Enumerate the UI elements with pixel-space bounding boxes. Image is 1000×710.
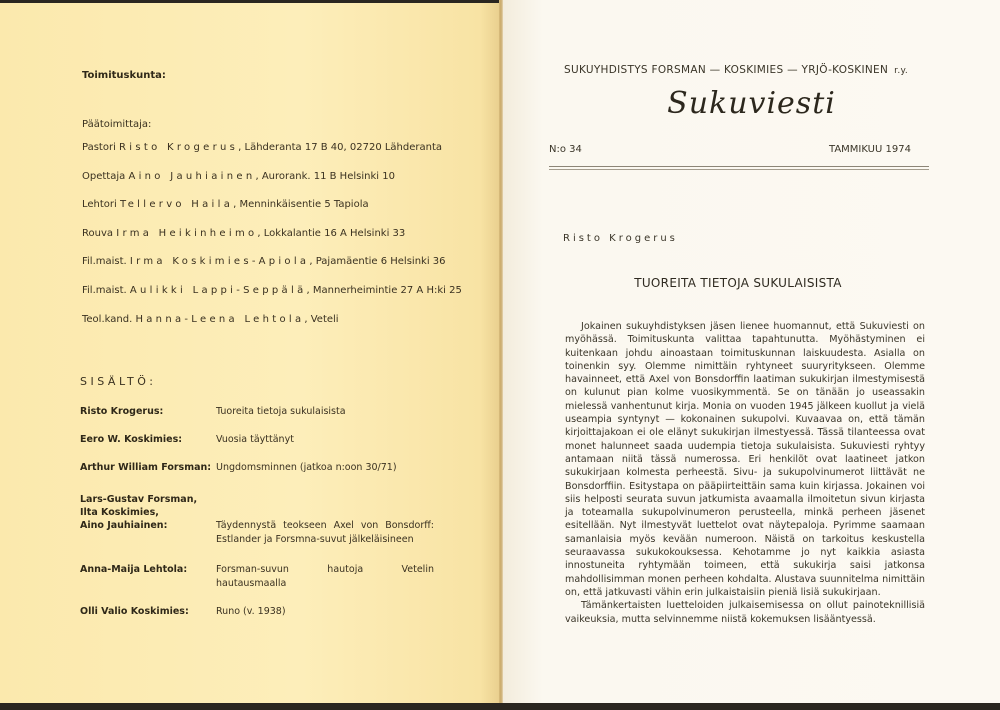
staff-name: Hanna-Leena Lehtola [135, 314, 304, 325]
toc-author-line: Ilta Koskimies, [80, 506, 215, 519]
staff-title: Lehtori [82, 199, 117, 210]
organization-name: SUKUYHDISTYS FORSMAN — KOSKIMIES — YRJÖ-… [564, 64, 888, 76]
staff-address: , Mannerheimintie 27 A H:ki 25 [307, 285, 462, 296]
staff-heading: Toimituskunta: [82, 70, 166, 81]
toc-title: Vuosia täyttänyt [216, 433, 434, 447]
masthead-rule [549, 166, 929, 167]
editor-in-chief-label: Päätoimittaja: [82, 119, 151, 130]
staff-name: Irma Heikinheimo [116, 228, 257, 239]
toc-title: Runo (v. 1938) [216, 605, 434, 619]
staff-member: Lehtori Tellervo Haila, Menninkäisentie … [82, 199, 462, 228]
article-paragraph: Tämänkertaisten luetteloiden julkaisemis… [565, 599, 925, 626]
article-byline: Risto Krogerus [563, 233, 678, 244]
issue-date: TAMMIKUU 1974 [829, 144, 911, 155]
staff-name: Risto Krogerus [119, 142, 238, 153]
staff-name: Aulikki Lappi-Seppälä [130, 285, 307, 296]
staff-name: Irma Koskimies-Apiola [130, 256, 309, 267]
issue-number: N:o 34 [549, 144, 582, 155]
contents-heading: SISÄLTÖ: [80, 375, 156, 388]
staff-member: Opettaja Aino Jauhiainen, Aurorank. 11 B… [82, 171, 462, 200]
staff-name: Tellervo Haila [120, 199, 233, 210]
toc-author: Risto Krogerus: [80, 405, 215, 418]
staff-title: Fil.maist. [82, 285, 127, 296]
staff-member: Fil.maist. Irma Koskimies-Apiola, Pajamä… [82, 256, 462, 285]
masthead-rule [549, 169, 929, 170]
article-title: TUOREITA TIETOJA SUKULAISISTA [503, 276, 973, 290]
toc-title: Forsman-suvun hautoja Vetelin hautausmaa… [216, 563, 434, 590]
toc-author-line: Aino Jauhiainen: [80, 519, 215, 532]
toc-author: Lars-Gustav Forsman, Ilta Koskimies, Ain… [80, 493, 215, 532]
article-body: Jokainen sukuyhdistyksen jäsen lienee hu… [565, 320, 925, 626]
staff-title: Opettaja [82, 171, 125, 182]
staff-address: , Lokkalantie 16 A Helsinki 33 [257, 228, 405, 239]
toc-author: Eero W. Koskimies: [80, 433, 215, 446]
staff-member: Pastori Risto Krogerus, Lähderanta 17 B … [82, 142, 462, 171]
scan-edge [0, 703, 1000, 710]
staff-address: , Veteli [304, 314, 338, 325]
masthead-organization: SUKUYHDISTYS FORSMAN — KOSKIMIES — YRJÖ-… [546, 64, 926, 76]
staff-name: Aino Jauhiainen [128, 171, 255, 182]
organization-suffix: r.y. [894, 66, 908, 76]
staff-member: Fil.maist. Aulikki Lappi-Seppälä, Manner… [82, 285, 462, 314]
toc-author: Arthur William Forsman: [80, 461, 215, 474]
booklet-spread: Toimituskunta: Päätoimittaja: Pastori Ri… [0, 0, 1000, 706]
staff-address: , Lähderanta 17 B 40, 02720 Lähderanta [238, 142, 442, 153]
staff-title: Rouva [82, 228, 113, 239]
toc-title: Tuoreita tietoja sukulaisista [216, 405, 434, 419]
staff-address: , Menninkäisentie 5 Tapiola [233, 199, 368, 210]
staff-address: , Pajamäentie 6 Helsinki 36 [309, 256, 445, 267]
left-page: Toimituskunta: Päätoimittaja: Pastori Ri… [0, 3, 500, 705]
toc-author: Anna-Maija Lehtola: [80, 563, 215, 576]
newsletter-title: Sukuviesti [503, 86, 1000, 121]
staff-member: Teol.kand. Hanna-Leena Lehtola, Veteli [82, 314, 462, 343]
staff-list: Pastori Risto Krogerus, Lähderanta 17 B … [82, 142, 462, 342]
staff-address: , Aurorank. 11 B Helsinki 10 [255, 171, 394, 182]
toc-author: Olli Valio Koskimies: [80, 605, 215, 618]
staff-member: Rouva Irma Heikinheimo, Lokkalantie 16 A… [82, 228, 462, 257]
staff-title: Teol.kand. [82, 314, 132, 325]
staff-title: Pastori [82, 142, 116, 153]
toc-author-line: Lars-Gustav Forsman, [80, 493, 215, 506]
right-page: SUKUYHDISTYS FORSMAN — KOSKIMIES — YRJÖ-… [503, 0, 1000, 704]
toc-title: Ungdomsminnen (jatkoa n:oon 30/71) [216, 461, 434, 475]
staff-title: Fil.maist. [82, 256, 127, 267]
article-paragraph: Jokainen sukuyhdistyksen jäsen lienee hu… [565, 320, 925, 599]
toc-title: Täydennystä teokseen Axel von Bonsdorff:… [216, 519, 434, 546]
